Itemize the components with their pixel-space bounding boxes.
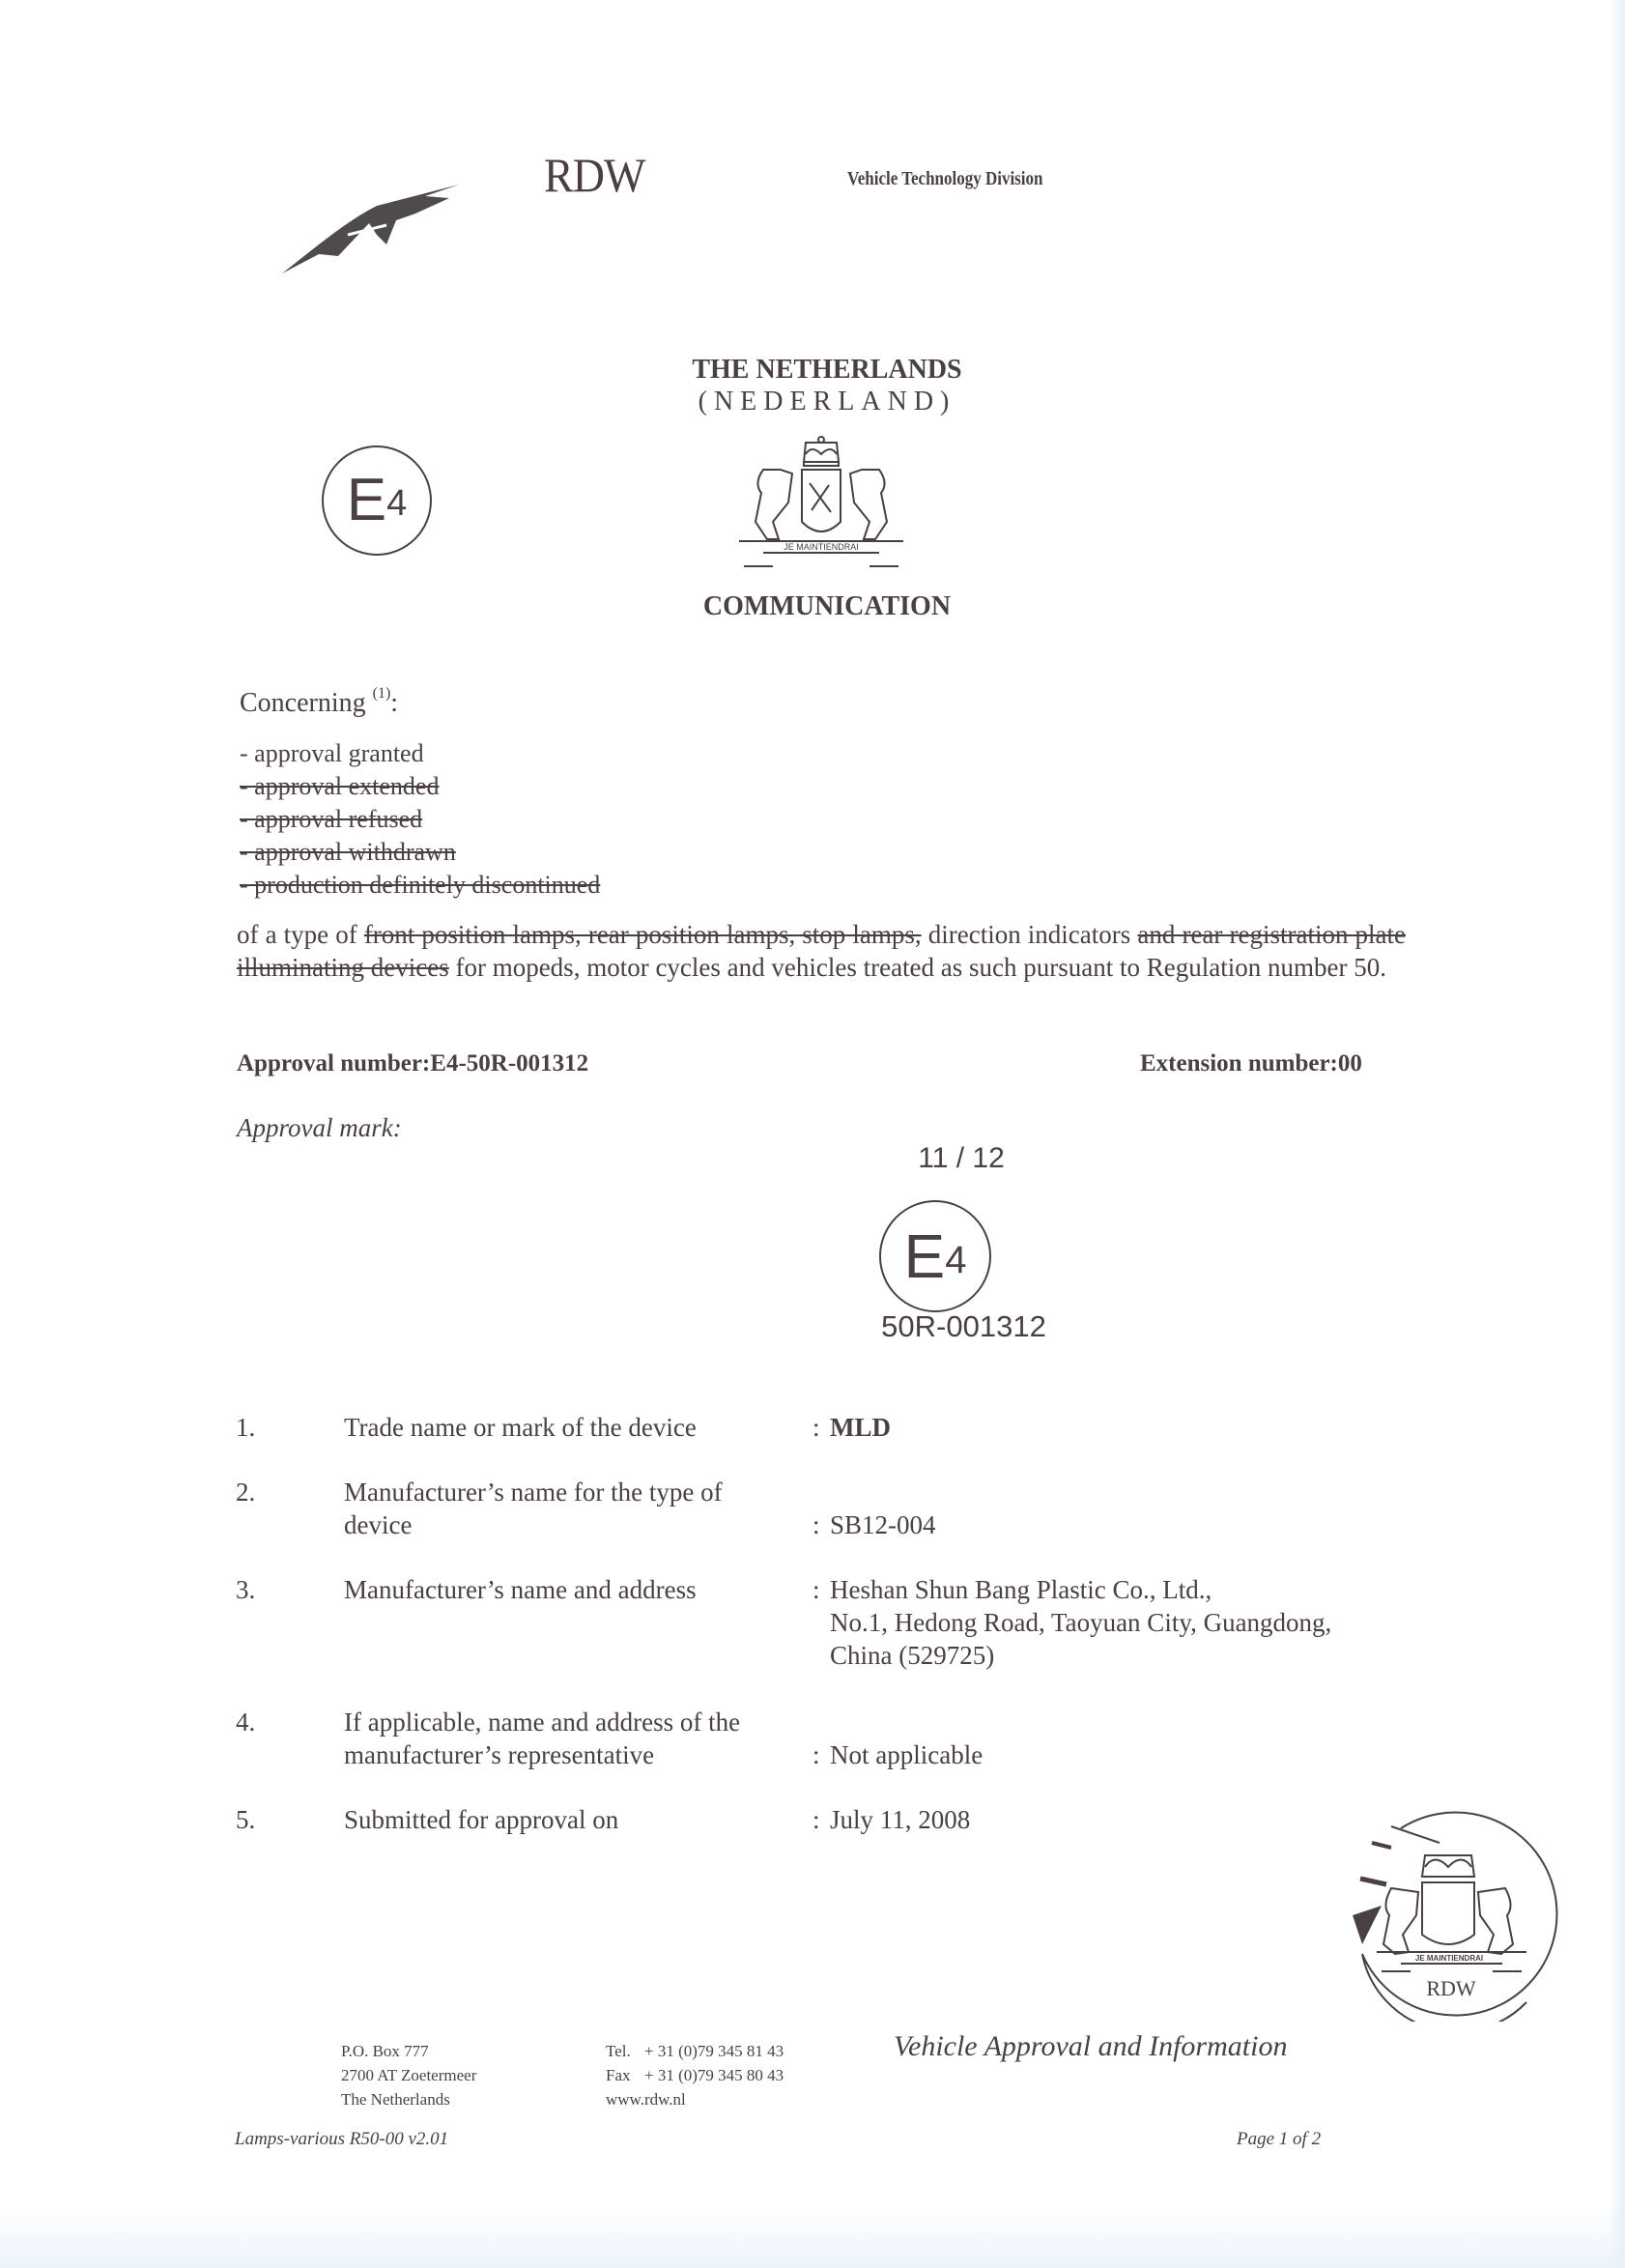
approval-mark-top-text: 11 / 12 xyxy=(874,1142,1048,1175)
item-value-line: SB12-004 xyxy=(830,1508,936,1541)
approval-number-label: Approval number: xyxy=(237,1050,430,1077)
concerning-label: Concerning (1): xyxy=(240,688,398,719)
type-prefix: of a type of xyxy=(237,920,364,949)
scan-edge-tint xyxy=(0,2210,1625,2268)
document-title: COMMUNICATION xyxy=(0,591,1625,622)
type-struck-lamps: front position lamps, rear position lamp… xyxy=(364,920,922,949)
option-approval-extended: - approval extended xyxy=(240,770,600,803)
option-approval-refused: - approval refused xyxy=(240,803,600,836)
document-reference: Lamps-various R50-00 v2.01 xyxy=(235,2129,448,2150)
item-label: Manufacturer’s name and address xyxy=(344,1573,798,1606)
page-number: Page 1 of 2 xyxy=(1237,2129,1321,2150)
item-value: :MLD xyxy=(812,1411,1431,1444)
extension-number-value: 00 xyxy=(1338,1050,1362,1077)
extension-number-label: Extension number: xyxy=(1140,1050,1338,1077)
country-name-nl: (NEDERLAND) xyxy=(0,387,1625,417)
organization-name: RDW xyxy=(544,147,645,203)
type-direction-indicators: direction indicators xyxy=(922,920,1138,949)
concerning-options: - approval granted - approval extended -… xyxy=(240,737,600,902)
approval-number-value: E4-50R-001312 xyxy=(430,1050,588,1077)
approval-mark-e4-icon: E4 xyxy=(879,1200,991,1312)
tel-label: Tel. xyxy=(606,2039,644,2063)
address-line: P.O. Box 777 xyxy=(341,2039,476,2063)
item-label: Trade name or mark of the device xyxy=(344,1411,798,1444)
e4-mark-header: E4 xyxy=(322,445,432,556)
approval-mark-letter: E xyxy=(904,1225,946,1287)
item-value-line: Not applicable xyxy=(830,1738,983,1771)
item-value-line: No.1, Hedong Road, Taoyuan City, Guangdo… xyxy=(830,1606,1331,1639)
coat-of-arms-icon: JE MAINTIENDRAI xyxy=(734,435,908,570)
item-value-line: MLD xyxy=(830,1411,891,1444)
footer-fax: Fax+ 31 (0)79 345 80 43 xyxy=(606,2063,784,2087)
item-value-line: Heshan Shun Bang Plastic Co., Ltd., xyxy=(830,1573,1331,1606)
fax-value: + 31 (0)79 345 80 43 xyxy=(644,2066,784,2084)
approval-mark-bottom-text: 50R-001312 xyxy=(850,1309,1077,1344)
country-name-en: THE NETHERLANDS xyxy=(0,355,1625,386)
option-approval-granted: - approval granted xyxy=(240,737,600,770)
approval-mark-label: Approval mark: xyxy=(237,1113,402,1143)
device-type-paragraph: of a type of front position lamps, rear … xyxy=(237,918,1406,984)
approval-mark-number: 4 xyxy=(945,1241,966,1279)
footer-contact: Tel.+ 31 (0)79 345 81 43 Fax+ 31 (0)79 3… xyxy=(606,2039,784,2111)
e-mark-number: 4 xyxy=(386,485,407,522)
item-label: If applicable, name and address of the m… xyxy=(344,1706,788,1771)
tel-value: + 31 (0)79 345 81 43 xyxy=(644,2042,784,2060)
footnote-marker: (1) xyxy=(373,685,391,702)
coat-of-arms-motto: JE MAINTIENDRAI xyxy=(784,542,859,552)
e-mark-letter: E xyxy=(347,471,386,531)
item-number: 1. xyxy=(236,1411,255,1444)
item-value-lines: Heshan Shun Bang Plastic Co., Ltd.,No.1,… xyxy=(830,1573,1331,1672)
stamp-text: RDW xyxy=(1426,1976,1476,2000)
item-value-line: July 11, 2008 xyxy=(830,1803,970,1836)
concerning-text: Concerning xyxy=(240,688,366,718)
scan-edge-tint-right xyxy=(1608,0,1625,2268)
stamp-motto: JE MAINTIENDRAI xyxy=(1415,1954,1483,1963)
concerning-colon: : xyxy=(390,688,398,718)
rdw-feather-logo-icon xyxy=(280,177,464,275)
option-production-discontinued: - production definitely discontinued xyxy=(240,869,600,902)
item-value: :SB12-004 xyxy=(812,1508,1431,1541)
footer-address: P.O. Box 777 2700 AT Zoetermeer The Neth… xyxy=(341,2039,476,2111)
rdw-stamp-icon: JE MAINTIENDRAI RDW xyxy=(1333,1799,1565,2022)
approval-number: Approval number:E4-50R-001312 xyxy=(237,1050,588,1077)
extension-number: Extension number:00 xyxy=(1140,1050,1362,1077)
item-number: 4. xyxy=(236,1706,255,1738)
division-name: Vehicle Technology Division xyxy=(847,168,1042,190)
option-approval-withdrawn: - approval withdrawn xyxy=(240,836,600,869)
item-value-line: China (529725) xyxy=(830,1639,1331,1672)
item-label: Submitted for approval on xyxy=(344,1803,798,1836)
item-value: :Heshan Shun Bang Plastic Co., Ltd.,No.1… xyxy=(812,1573,1431,1672)
footer-website: www.rdw.nl xyxy=(606,2087,784,2111)
type-suffix: for mopeds, motor cycles and vehicles tr… xyxy=(449,953,1386,982)
item-number: 2. xyxy=(236,1476,255,1508)
item-number: 5. xyxy=(236,1803,255,1836)
item-number: 3. xyxy=(236,1573,255,1606)
item-label: Manufacturer’s name for the type of devi… xyxy=(344,1476,769,1541)
item-value: :Not applicable xyxy=(812,1738,1431,1771)
footer-tagline: Vehicle Approval and Information xyxy=(894,2030,1287,2063)
address-line: 2700 AT Zoetermeer xyxy=(341,2063,476,2087)
footer-telephone: Tel.+ 31 (0)79 345 81 43 xyxy=(606,2039,784,2063)
address-line: The Netherlands xyxy=(341,2087,476,2111)
fax-label: Fax xyxy=(606,2063,644,2087)
